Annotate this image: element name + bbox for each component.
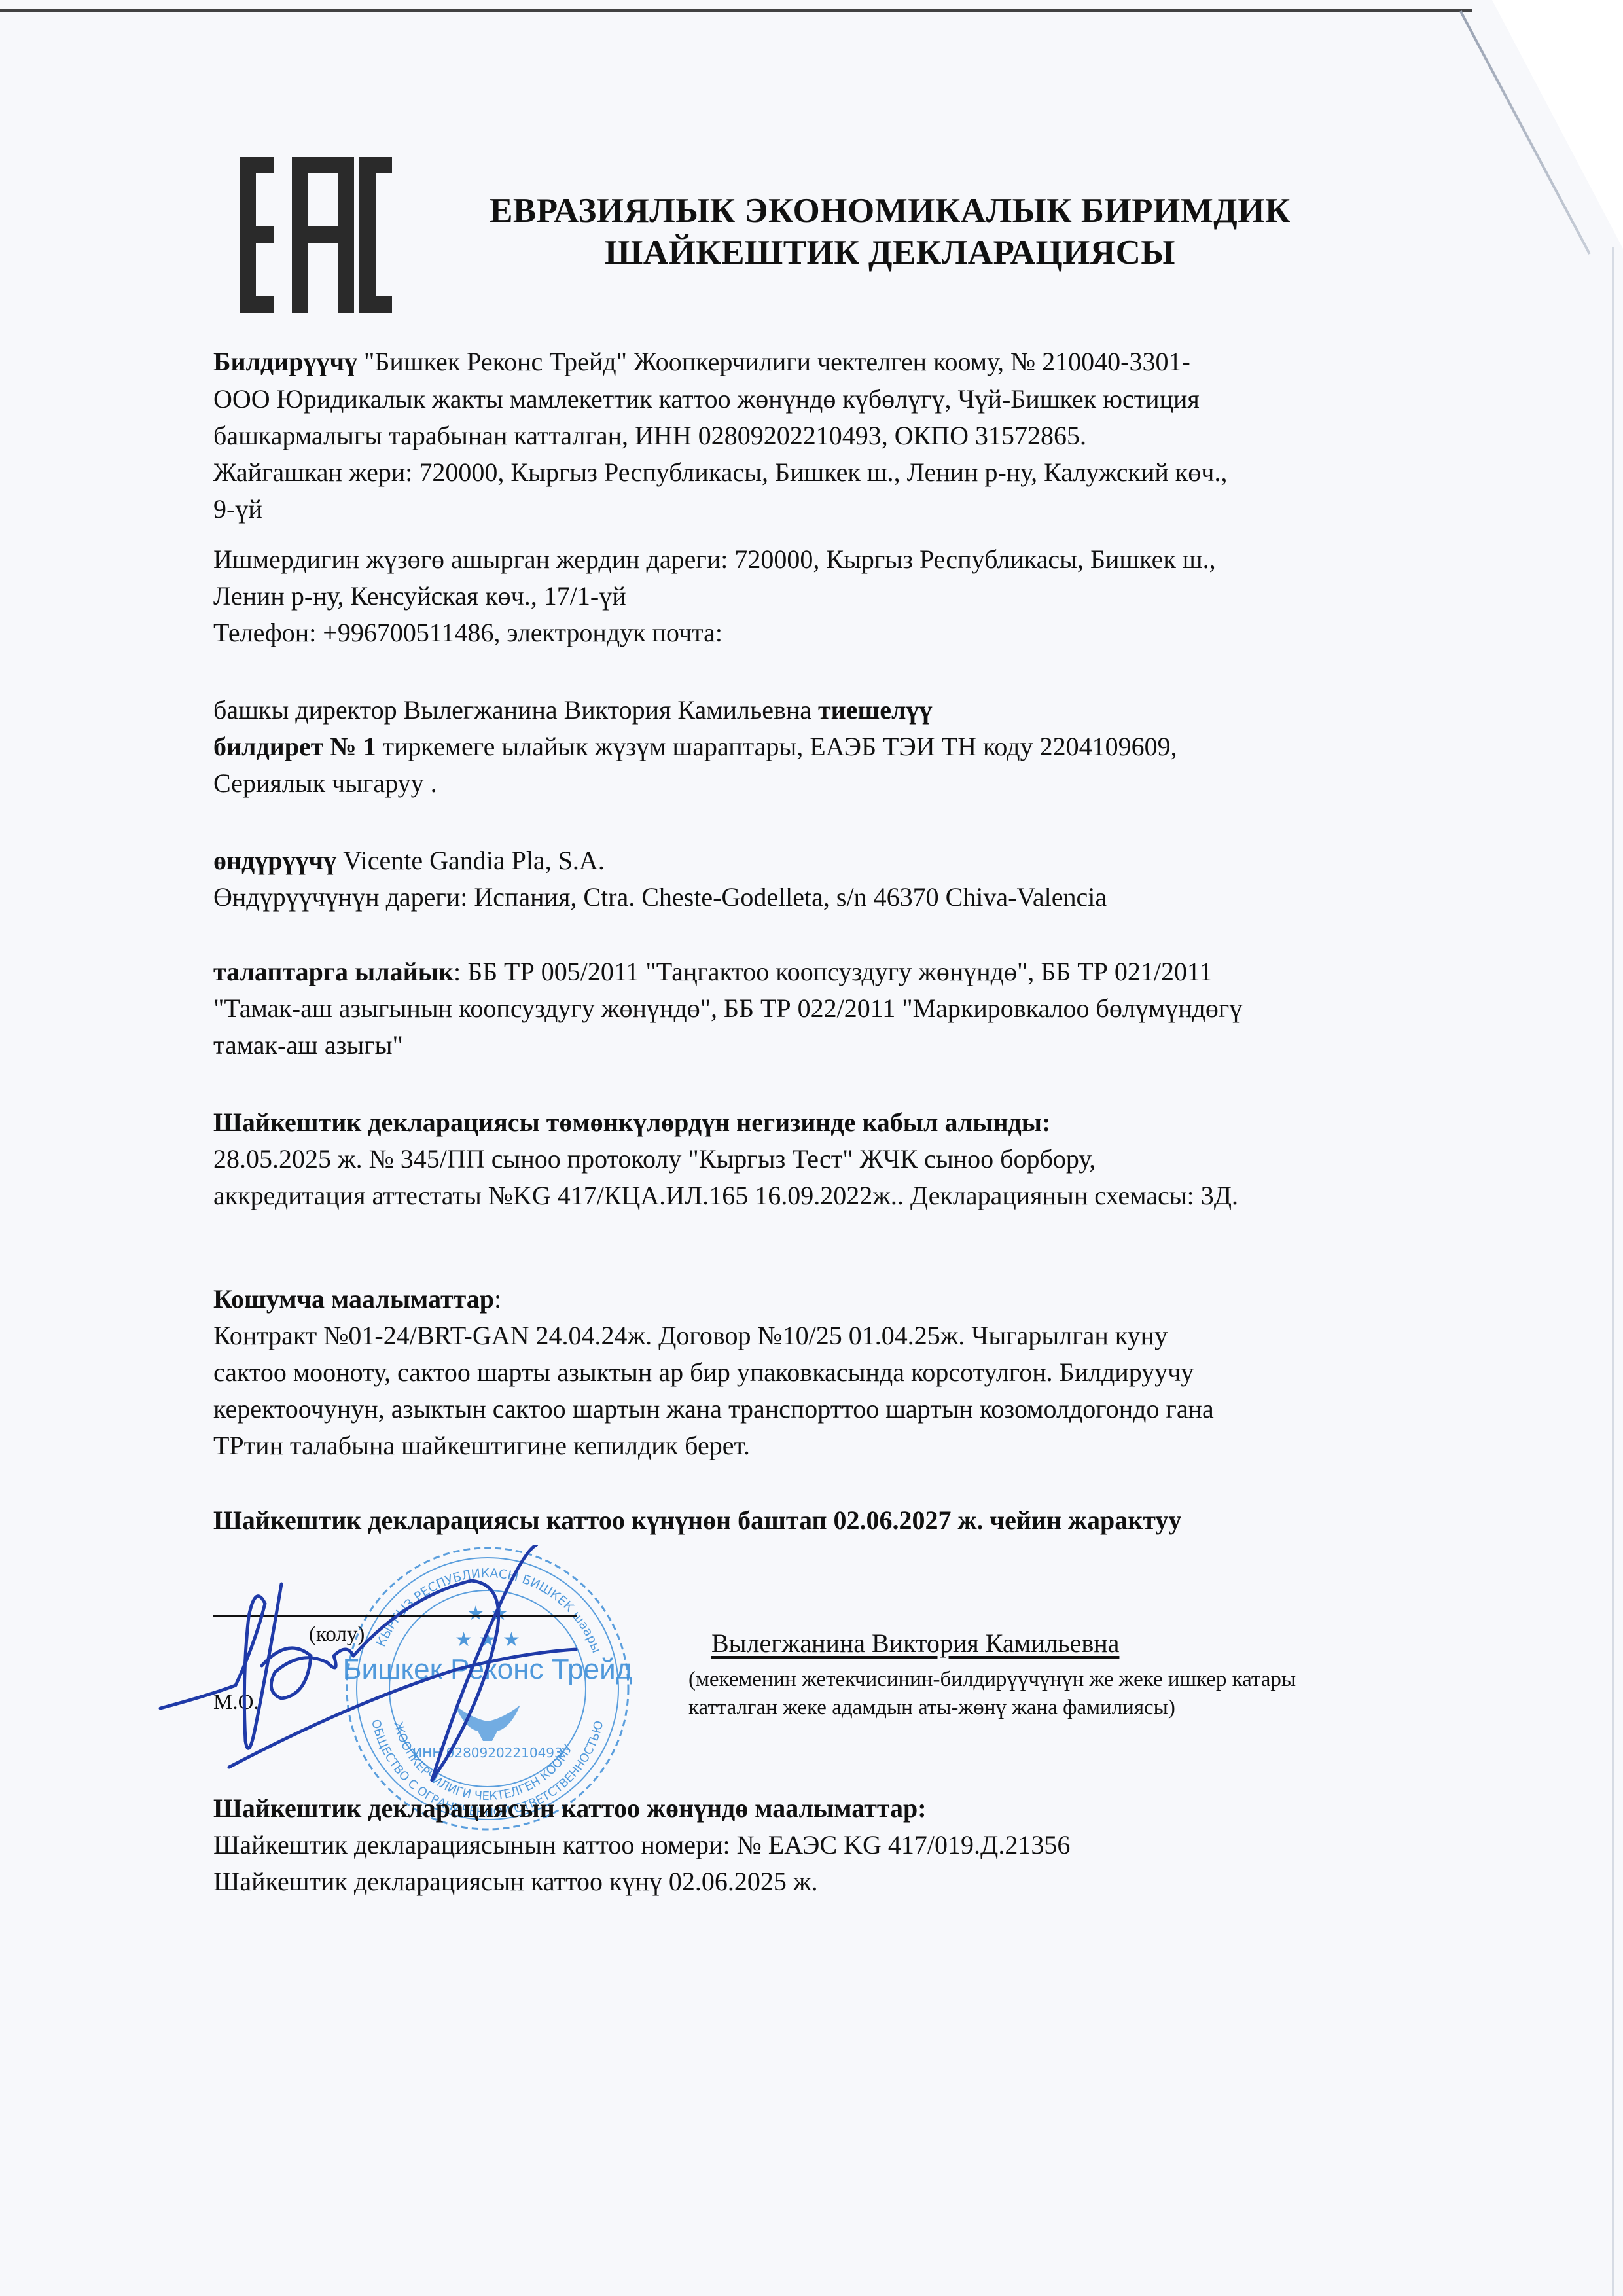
manufacturer-address: Өндүрүүчүнүн дареги: Испания, Ctra. Ches… [213,881,1107,913]
declarant-line-1: Билдирүүчү "Бишкек Реконс Трейд" Жоопкер… [213,346,1190,378]
requirements-line-2: "Тамак-аш азыгынын коопсуздугу жөнүндө",… [213,992,1242,1024]
declarant-address-2: 9-үй [213,493,262,525]
handwritten-signature-icon [157,1545,615,1820]
additional-line-1: Контракт №01-24/BRT-GAN 24.04.24ж. Догов… [213,1319,1168,1352]
director-line-2: билдирет № 1 тиркемеге ылайык жүзүм шара… [213,730,1177,762]
registration-date: Шайкештик декларациясын каттоо күнү 02.0… [213,1865,818,1897]
activity-address-1: Ишмердигин жүзөгө ашырган жердин дареги:… [213,543,1216,575]
director-line-1: башкы директор Вылегжанина Виктория Ками… [213,694,932,726]
signer-name: Вылегжанина Виктория Камильевна [711,1627,1119,1659]
folded-corner [1492,0,1623,249]
manufacturer-line: өндүрүүчү Vicente Gandia Pla, S.A. [213,844,605,876]
basis-line-1: 28.05.2025 ж. № 345/ПП сыноо протоколу "… [213,1143,1096,1175]
declarant-label: Билдирүүчү [213,347,357,376]
activity-address-2: Ленин р-ну, Кенсуйская көч., 17/1-үй [213,580,626,612]
additional-heading: Кошумча маалыматтар: [213,1283,501,1315]
validity-statement: Шайкештик декларациясы каттоо күнүнөн ба… [213,1504,1181,1536]
requirements-line-3: тамак-аш азыгы" [213,1029,403,1061]
scan-top-edge [0,9,1472,12]
additional-line-4: ТРтин талабына шайкештигине кепилдик бер… [213,1429,750,1462]
registration-number: Шайкештик декларациясынын каттоо номери:… [213,1829,1070,1861]
phone-email-line: Телефон: +996700511486, электрондук почт… [213,617,722,649]
signer-note-2: катталган жеке адамдын аты-жөнү жана фам… [688,1694,1175,1722]
additional-line-3: керектоочунун, азыктын сактоо шартын жан… [213,1393,1214,1425]
declarant-line-3: башкармалыгы тарабынан катталган, ИНН 02… [213,420,1086,452]
declaration-page: ЕВРАЗИЯЛЫК ЭКОНОМИКАЛЫК БИРИМДИК ШАЙКЕШТ… [0,0,1623,2296]
declarant-address-1: Жайгашкан жери: 720000, Кыргыз Республик… [213,456,1227,488]
eac-logo-icon [238,157,392,313]
title-line-1: ЕВРАЗИЯЛЫК ЭКОНОМИКАЛЫК БИРИМДИК [393,190,1387,232]
signer-note-1: (мекеменин жетекчисинин-билдирүүчүнүн же… [688,1666,1296,1694]
document-title: ЕВРАЗИЯЛЫК ЭКОНОМИКАЛЫК БИРИМДИК ШАЙКЕШТ… [393,190,1387,274]
basis-line-2: аккредитация аттестаты №KG 417/КЦА.ИЛ.16… [213,1179,1238,1211]
registration-heading: Шайкештик декларациясын каттоо жөнүндө м… [213,1792,927,1824]
director-line-3: Сериялык чыгаруу . [213,767,437,799]
title-line-2: ШАЙКЕШТИК ДЕКЛАРАЦИЯСЫ [393,232,1387,274]
requirements-line-1: талаптарга ылайык: ББ ТР 005/2011 "Таңга… [213,956,1213,988]
basis-heading: Шайкештик декларациясы төмөнкүлөрдүн нег… [213,1106,1050,1138]
declarant-line-2: ООО Юридикалык жакты мамлекеттик каттоо … [213,383,1200,415]
scan-right-edge [1612,247,1614,2296]
additional-line-2: сактоо мооноту, сактоо шарты азыктын ар … [213,1356,1194,1388]
